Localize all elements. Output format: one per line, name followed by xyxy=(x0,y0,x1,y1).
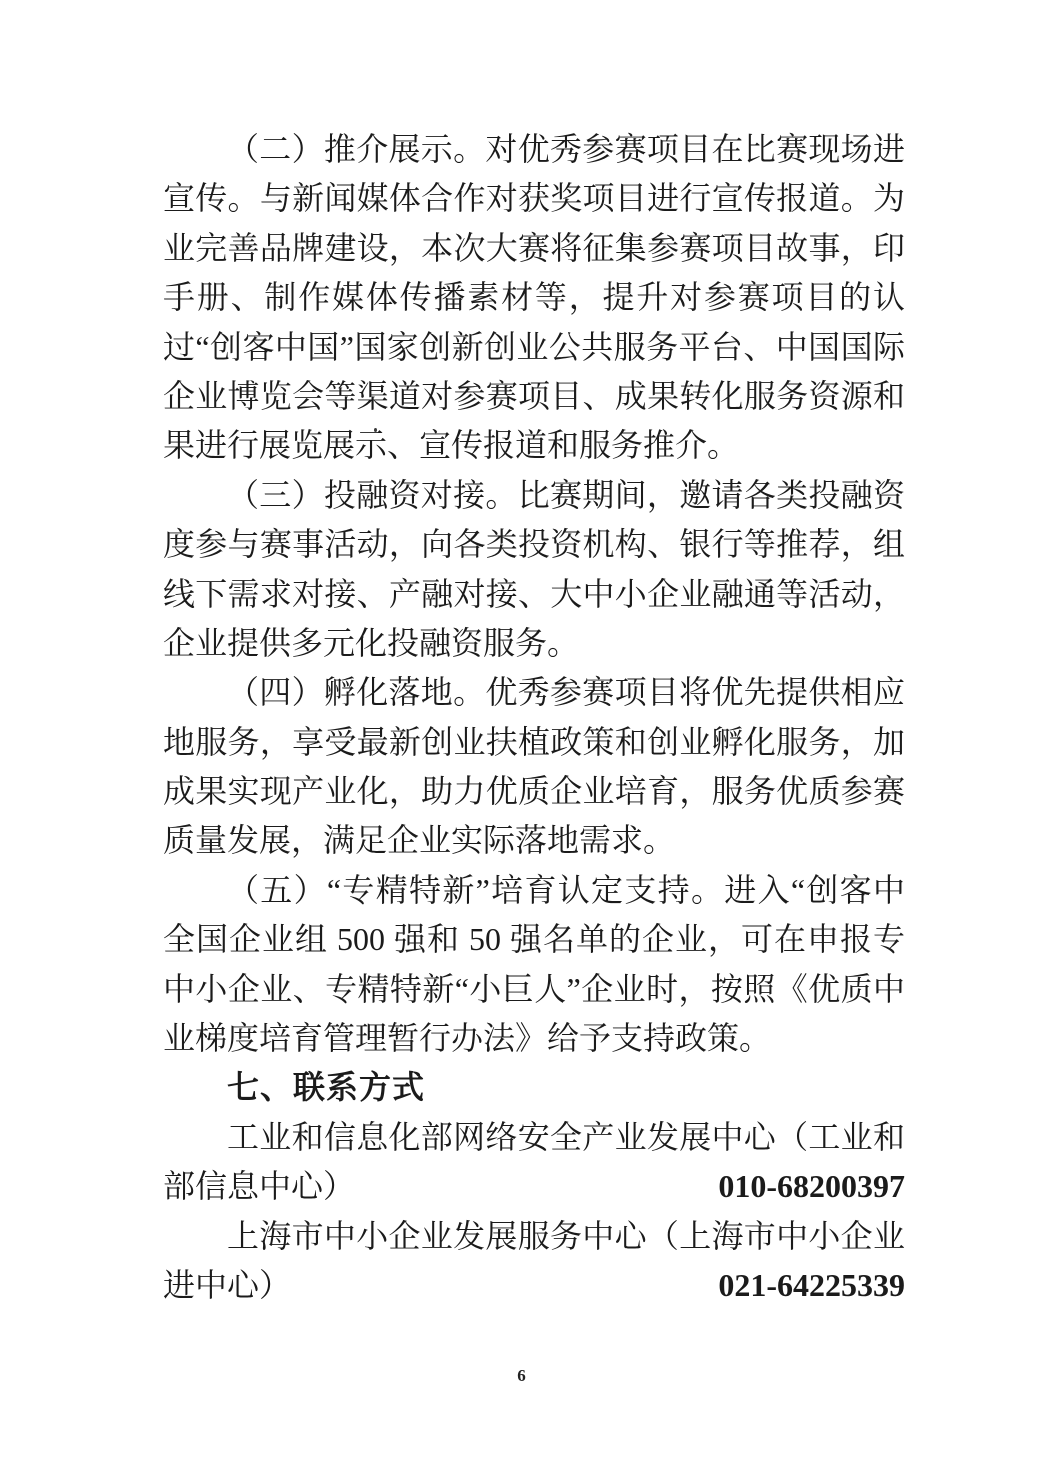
contact-phone: 021-64225339 xyxy=(718,1261,905,1310)
contact-org-line: 上海市中小企业发展服务中心（上海市中小企业上市促 xyxy=(163,1212,905,1261)
body-line: （三）投融资对接。比赛期间，邀请各类投融资机构深 xyxy=(163,471,905,520)
scan-artifact-dot xyxy=(374,428,377,432)
body-line: 全国企业组 500 强和 50 强名单的企业，可在申报专精特新 xyxy=(163,915,905,964)
contact-phone: 010-68200397 xyxy=(718,1162,905,1211)
body-line: 业梯度培育管理暂行办法》给予支持政策。 xyxy=(163,1014,905,1063)
contact-row: 进中心） 021-64225339 xyxy=(163,1261,905,1310)
contact-org-continued: 进中心） xyxy=(163,1261,291,1310)
body-line: （四）孵化落地。优秀参赛项目将优先提供相应园区落 xyxy=(163,668,905,717)
body-line: 宣传。与新闻媒体合作对获奖项目进行宣传报道。为帮助企 xyxy=(163,174,905,223)
body-line: 企业博览会等渠道对参赛项目、成果转化服务资源和对接成 xyxy=(163,372,905,421)
body-line: 过“创客中国”国家创新创业公共服务平台、中国国际中小 xyxy=(163,323,905,372)
contact-org-continued: 部信息中心） xyxy=(163,1162,355,1211)
body-line: 成果实现产业化，助力优质企业培育，服务优质参赛企业高 xyxy=(163,767,905,816)
body-line: 业完善品牌建设，本次大赛将征集参赛项目故事，印发赛事 xyxy=(163,224,905,273)
document-page: （二）推介展示。对优秀参赛项目在比赛现场进行展示 宣传。与新闻媒体合作对获奖项目… xyxy=(0,0,1043,1475)
contact-row: 部信息中心） 010-68200397 xyxy=(163,1162,905,1211)
body-line: （五）“专精特新”培育认定支持。进入“创客中国” xyxy=(163,866,905,915)
body-line: 企业提供多元化投融资服务。 xyxy=(163,619,905,668)
section-heading-contact: 七、联系方式 xyxy=(163,1063,905,1112)
body-line: 果进行展览展示、宣传报道和服务推介。 xyxy=(163,421,905,470)
document-body: （二）推介展示。对优秀参赛项目在比赛现场进行展示 宣传。与新闻媒体合作对获奖项目… xyxy=(163,125,905,1310)
body-line: 地服务，享受最新创业扶植政策和创业孵化服务，加速创新 xyxy=(163,718,905,767)
body-line: （二）推介展示。对优秀参赛项目在比赛现场进行展示 xyxy=(163,125,905,174)
body-line: 线下需求对接、产融对接、大中小企业融通等活动，为参赛 xyxy=(163,570,905,619)
contact-org-line: 工业和信息化部网络安全产业发展中心（工业和信息化 xyxy=(163,1113,905,1162)
body-line: 手册、制作媒体传播素材等，提升对参赛项目的认知。并通 xyxy=(163,273,905,322)
page-number: 6 xyxy=(0,1366,1043,1386)
body-line: 中小企业、专精特新“小巨人”企业时，按照《优质中小企 xyxy=(163,965,905,1014)
body-line: 度参与赛事活动，向各类投资机构、银行等推荐，组织线上 xyxy=(163,520,905,569)
body-line: 质量发展，满足企业实际落地需求。 xyxy=(163,816,905,865)
